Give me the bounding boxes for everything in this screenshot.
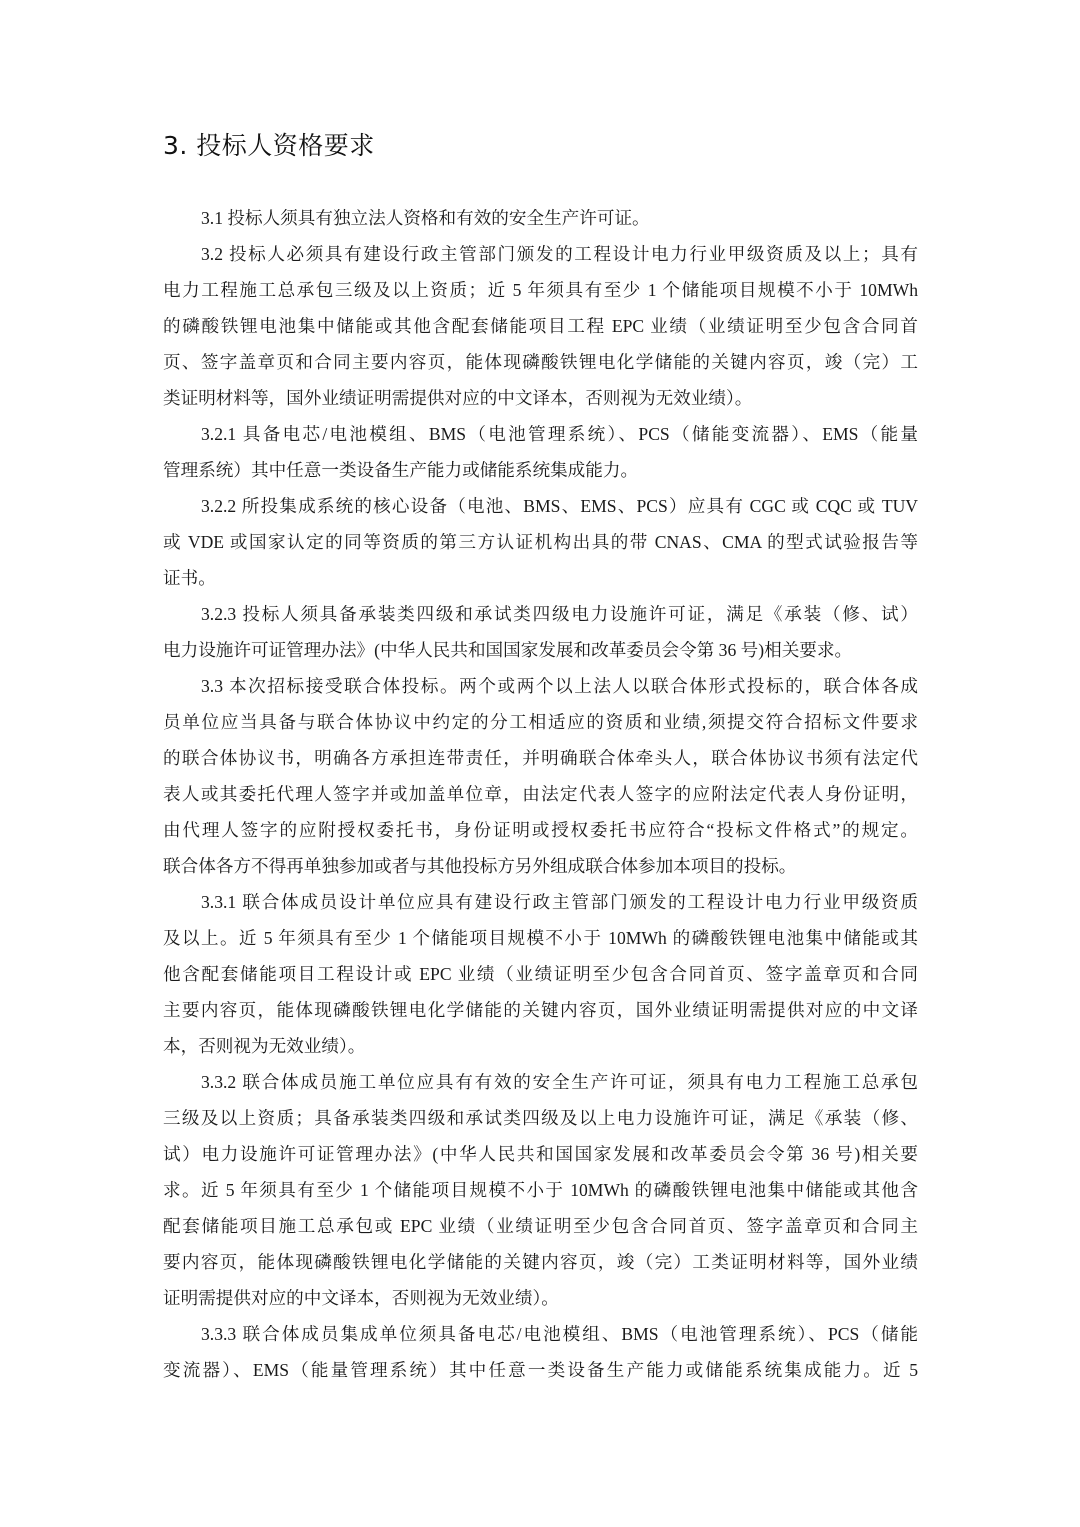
paragraph-3-1: 3.1 投标人须具有独立法人资格和有效的安全生产许可证。 [163,200,918,236]
paragraph-3-3-2: 3.3.2 联合体成员施工单位应具有有效的安全生产许可证，须具有电力工程施工总承… [163,1064,918,1316]
paragraph-3-2: 3.2 投标人必须具有建设行政主管部门颁发的工程设计电力行业甲级资质及以上；具有… [163,236,918,416]
text-line: 本，否则视为无效业绩）。 [163,1028,918,1064]
paragraph-3-3: 3.3 本次招标接受联合体投标。两个或两个以上法人以联合体形式投标的，联合体各成… [163,668,918,884]
text-line: 员单位应当具备与联合体协议中约定的分工相适应的资质和业绩,须提交符合招标文件要求 [163,704,918,740]
text-line: 页、签字盖章页和合同主要内容页，能体现磷酸铁锂电化学储能的关键内容页，竣（完）工 [163,344,918,380]
text-line: 变流器）、EMS（能量管理系统）其中任意一类设备生产能力或储能系统集成能力。近 … [163,1352,918,1388]
text-line: 要内容页，能体现磷酸铁锂电化学储能的关键内容页，竣（完）工类证明材料等，国外业绩 [163,1244,918,1280]
text-line: 配套储能项目施工总承包或 EPC 业绩（业绩证明至少包含合同首页、签字盖章页和合… [163,1208,918,1244]
text-line: 3.2 投标人必须具有建设行政主管部门颁发的工程设计电力行业甲级资质及以上；具有 [163,236,918,272]
paragraph-3-3-3: 3.3.3 联合体成员集成单位须具备电芯/电池模组、BMS（电池管理系统）、PC… [163,1316,918,1388]
paragraph-3-2-1: 3.2.1 具备电芯/电池模组、BMS（电池管理系统）、PCS（储能变流器）、E… [163,416,918,488]
text-line: 3.2.2 所投集成系统的核心设备（电池、BMS、EMS、PCS）应具有 CGC… [163,488,918,524]
text-line: 的磷酸铁锂电池集中储能或其他含配套储能项目工程 EPC 业绩（业绩证明至少包含合… [163,308,918,344]
text-line: 类证明材料等，国外业绩证明需提供对应的中文译本，否则视为无效业绩）。 [163,380,918,416]
text-line: 3.2.1 具备电芯/电池模组、BMS（电池管理系统）、PCS（储能变流器）、E… [163,416,918,452]
text-line: 表人或其委托代理人签字并或加盖单位章，由法定代表人签字的应附法定代表人身份证明， [163,776,918,812]
text-line: 由代理人签字的应附授权委托书，身份证明或授权委托书应符合“投标文件格式”的规定。 [163,812,918,848]
paragraph-3-3-1: 3.3.1 联合体成员设计单位应具有建设行政主管部门颁发的工程设计电力行业甲级资… [163,884,918,1064]
text-line: 证明需提供对应的中文译本，否则视为无效业绩）。 [163,1280,918,1316]
text-line: 3.2.3 投标人须具备承装类四级和承试类四级电力设施许可证，满足《承装（修、试… [163,596,918,632]
text-line: 3.3.1 联合体成员设计单位应具有建设行政主管部门颁发的工程设计电力行业甲级资… [163,884,918,920]
section-heading: 3. 投标人资格要求 [163,128,375,164]
text-line: 电力工程施工总承包三级及以上资质；近 5 年须具有至少 1 个储能项目规模不小于… [163,272,918,308]
text-line: 管理系统）其中任意一类设备生产能力或储能系统集成能力。 [163,452,918,488]
document-page: 3. 投标人资格要求 3.1 投标人须具有独立法人资格和有效的安全生产许可证。3… [0,0,1080,1527]
text-line: 联合体各方不得再单独参加或者与其他投标方另外组成联合体参加本项目的投标。 [163,848,918,884]
paragraph-3-2-3: 3.2.3 投标人须具备承装类四级和承试类四级电力设施许可证，满足《承装（修、试… [163,596,918,668]
text-line: 主要内容页，能体现磷酸铁锂电化学储能的关键内容页，国外业绩证明需提供对应的中文译 [163,992,918,1028]
text-line: 3.3.2 联合体成员施工单位应具有有效的安全生产许可证，须具有电力工程施工总承… [163,1064,918,1100]
text-line: 及以上。近 5 年须具有至少 1 个储能项目规模不小于 10MWh 的磷酸铁锂电… [163,920,918,956]
paragraph-3-2-2: 3.2.2 所投集成系统的核心设备（电池、BMS、EMS、PCS）应具有 CGC… [163,488,918,596]
text-line: 的联合体协议书，明确各方承担连带责任，并明确联合体牵头人，联合体协议书须有法定代 [163,740,918,776]
text-line: 他含配套储能项目工程设计或 EPC 业绩（业绩证明至少包含合同首页、签字盖章页和… [163,956,918,992]
text-line: 求。近 5 年须具有至少 1 个储能项目规模不小于 10MWh 的磷酸铁锂电池集… [163,1172,918,1208]
text-line: 3.3 本次招标接受联合体投标。两个或两个以上法人以联合体形式投标的，联合体各成 [163,668,918,704]
document-body: 3.1 投标人须具有独立法人资格和有效的安全生产许可证。3.2 投标人必须具有建… [163,200,918,1388]
text-line: 证书。 [163,560,918,596]
text-line: 试）电力设施许可证管理办法》(中华人民共和国国家发展和改革委员会令第 36 号)… [163,1136,918,1172]
text-line: 电力设施许可证管理办法》(中华人民共和国国家发展和改革委员会令第 36 号)相关… [163,632,918,668]
text-line: 或 VDE 或国家认定的同等资质的第三方认证机构出具的带 CNAS、CMA 的型… [163,524,918,560]
text-line: 3.3.3 联合体成员集成单位须具备电芯/电池模组、BMS（电池管理系统）、PC… [163,1316,918,1352]
text-line: 三级及以上资质；具备承装类四级和承试类四级及以上电力设施许可证，满足《承装（修、 [163,1100,918,1136]
text-line: 3.1 投标人须具有独立法人资格和有效的安全生产许可证。 [163,200,918,236]
